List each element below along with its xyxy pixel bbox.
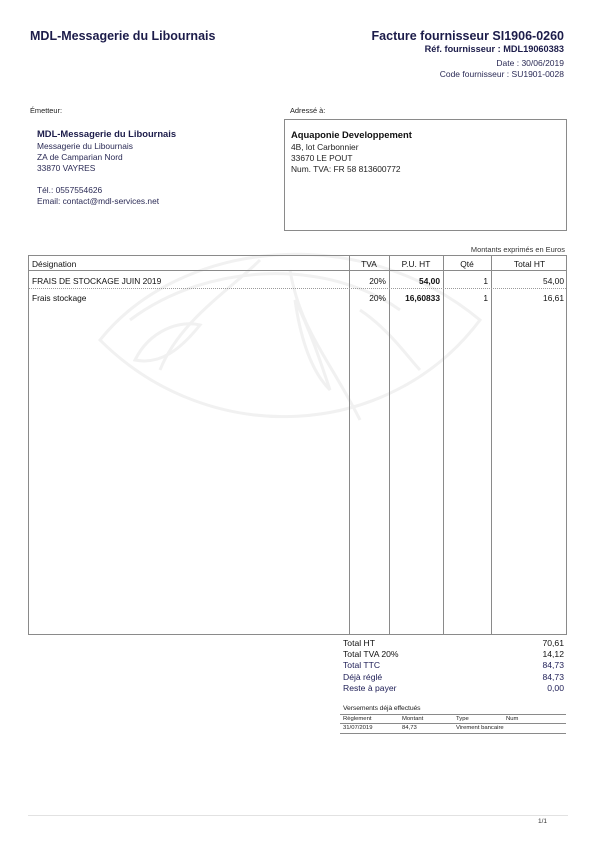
- line-designation: Frais stockage: [32, 293, 86, 303]
- total-ht-label: Total HT: [343, 638, 375, 648]
- sender-block: MDL-Messagerie du Libournais Messagerie …: [30, 119, 274, 215]
- already-paid-label: Déjà réglé: [343, 672, 382, 682]
- payments-header-num: Num: [506, 716, 518, 722]
- column-divider: [389, 256, 390, 634]
- payment-amount: 84,73: [402, 725, 417, 731]
- supplier-code: Code fournisseur : SU1901-0028: [440, 69, 564, 79]
- payments-bottom-border: [340, 733, 566, 734]
- remaining-to-pay-label: Reste à payer: [343, 683, 397, 693]
- payments-header-type: Type: [456, 716, 469, 722]
- recipient-block: Aquaponie Developpement 4B, lot Carbonni…: [284, 119, 567, 231]
- sender-address-line: 33870 VAYRES: [37, 163, 95, 173]
- payments-top-border: [340, 714, 566, 715]
- currency-note: Montants exprimés en Euros: [471, 245, 565, 254]
- column-divider: [443, 256, 444, 634]
- payments-header-divider: [340, 723, 566, 724]
- column-divider: [491, 256, 492, 634]
- column-header-unit-price: P.U. HT: [389, 259, 443, 269]
- line-total-ht: 54,00: [491, 276, 564, 286]
- payment-date: 31/07/2019: [343, 725, 372, 731]
- footer-divider: [28, 815, 568, 816]
- row-divider: [29, 288, 566, 289]
- total-ht-value: 70,61: [542, 638, 564, 648]
- line-vat-rate: 20%: [349, 293, 386, 303]
- total-ttc-value: 84,73: [542, 660, 564, 670]
- total-vat-value: 14,12: [542, 649, 564, 659]
- page-number: 1/1: [538, 818, 547, 825]
- line-unit-price: 54,00: [389, 276, 440, 286]
- line-quantity: 1: [443, 276, 488, 286]
- invoice-title: Facture fournisseur SI1906-0260: [372, 29, 564, 43]
- line-unit-price: 16,60833: [389, 293, 440, 303]
- sender-phone: Tél.: 0557554626: [37, 185, 102, 195]
- remaining-to-pay-value: 0,00: [547, 683, 564, 693]
- sender-name: MDL-Messagerie du Libournais: [37, 128, 176, 139]
- supplier-reference: Réf. fournisseur : MDL19060383: [425, 44, 564, 54]
- line-vat-rate: 20%: [349, 276, 386, 286]
- sender-address-line: Messagerie du Libournais: [37, 141, 133, 151]
- recipient-vat-number: Num. TVA: FR 58 813600772: [291, 164, 401, 174]
- column-header-tva: TVA: [349, 259, 389, 269]
- total-vat-label: Total TVA 20%: [343, 649, 399, 659]
- sender-address-line: ZA de Camparian Nord: [37, 152, 123, 162]
- recipient-label: Adressé à:: [290, 106, 325, 115]
- sender-label: Émetteur:: [30, 106, 62, 115]
- sender-email: Email: contact@mdl-services.net: [37, 196, 159, 206]
- already-paid-value: 84,73: [542, 672, 564, 682]
- payments-header-date: Règlement: [343, 716, 372, 722]
- payment-type: Virement bancaire: [456, 725, 504, 731]
- payments-table: Règlement Montant Type Num 31/07/2019 84…: [340, 714, 566, 734]
- column-header-total-ht: Total HT: [491, 259, 568, 269]
- line-designation: FRAIS DE STOCKAGE JUIN 2019: [32, 276, 161, 286]
- invoice-date: Date : 30/06/2019: [496, 58, 564, 68]
- header-divider: [29, 270, 566, 271]
- recipient-name: Aquaponie Developpement: [291, 129, 412, 140]
- line-total-ht: 16,61: [491, 293, 564, 303]
- total-ttc-label: Total TTC: [343, 660, 380, 670]
- invoice-lines-table: Désignation TVA P.U. HT Qté Total HT FRA…: [28, 255, 567, 635]
- payments-title: Versements déjà effectués: [343, 705, 420, 712]
- column-header-quantity: Qté: [443, 259, 491, 269]
- column-header-designation: Désignation: [32, 259, 76, 269]
- recipient-address-line: 4B, lot Carbonnier: [291, 142, 359, 152]
- line-quantity: 1: [443, 293, 488, 303]
- column-divider: [349, 256, 350, 634]
- payments-header-amount: Montant: [402, 716, 423, 722]
- company-name-title: MDL-Messagerie du Libournais: [30, 29, 215, 43]
- recipient-address-line: 33670 LE POUT: [291, 153, 352, 163]
